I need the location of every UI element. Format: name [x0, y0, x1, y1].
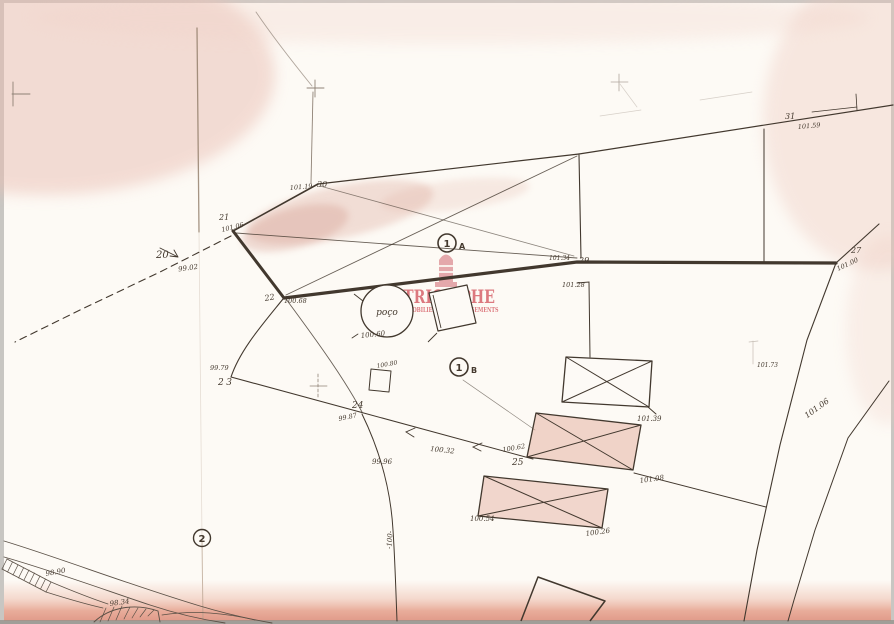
point-24-id: 24 [351, 401, 364, 411]
spot-101-73: 101.73 [757, 362, 778, 369]
point-27-id: 27 [850, 246, 862, 255]
contour-label: -100- [386, 530, 395, 549]
point-21-id: 21 [218, 213, 229, 222]
spot-100-54: 100.54 [470, 515, 495, 523]
point-22-elevation: 100.68 [284, 297, 307, 305]
zone-1a-letter: A [459, 242, 466, 251]
well-label: poço [376, 308, 398, 318]
point-25-id: 25 [511, 458, 524, 468]
point-20-id: 20 [155, 250, 169, 261]
spot-101-39: 101.39 [637, 415, 662, 423]
point-23-id: 23 [217, 378, 234, 388]
building-upper [562, 357, 652, 407]
point-22-id: 22 [263, 292, 276, 303]
zone-1b-number: 1 [456, 363, 463, 374]
spot-101-28: 101.28 [562, 281, 585, 289]
point-23-elevation: 99.79 [210, 364, 229, 372]
scanned-survey-map: TRIOMPHE IMMOBILIER & INVESTISSEMENTS [0, 0, 894, 624]
point-29-elevation: 101.34 [549, 255, 570, 262]
zone-1a-number: 1 [444, 239, 451, 250]
point-29-id: 29 [578, 256, 589, 265]
zone-1b-letter: B [471, 366, 477, 375]
bottom-scan-edge [0, 620, 894, 624]
zone-2-number: 2 [199, 534, 206, 545]
point-31-id: 31 [785, 112, 795, 121]
spot-99-96: 99.96 [372, 458, 393, 466]
point-30-id: 30 [317, 180, 327, 189]
